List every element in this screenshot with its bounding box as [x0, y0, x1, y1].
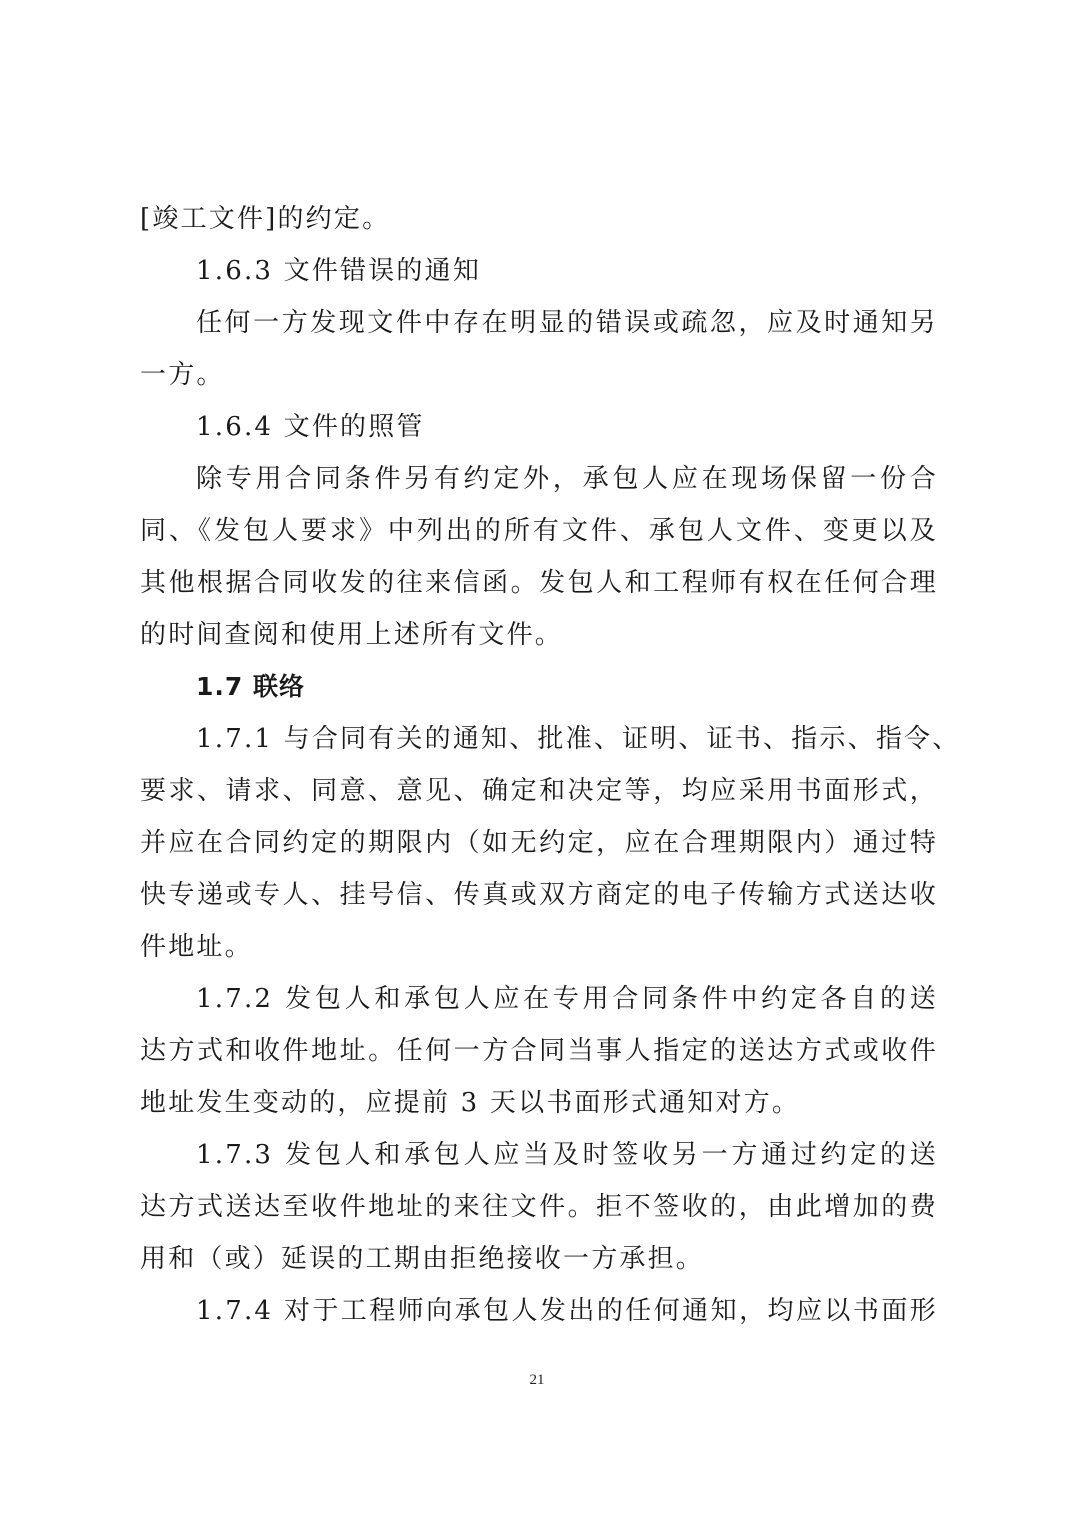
subsection-title-1-6-3: 1.6.3 文件错误的通知 — [140, 245, 938, 297]
paragraph-line: 达方式和收件地址。任何一方合同当事人指定的送达方式或收件 — [140, 1025, 938, 1077]
paragraph-line: 同、《发包人要求》中列出的所有文件、承包人文件、变更以及 — [140, 505, 938, 557]
paragraph-line: 件地址。 — [140, 921, 938, 973]
text-line-continuation: [竣工文件]的约定。 — [140, 193, 938, 245]
paragraph-line: 并应在合同约定的期限内（如无约定，应在合理期限内）通过特 — [140, 817, 938, 869]
page-number: 21 — [0, 1372, 1074, 1389]
paragraph-line: 的时间查阅和使用上述所有文件。 — [140, 609, 938, 661]
paragraph-line: 快专递或专人、挂号信、传真或双方商定的电子传输方式送达收 — [140, 869, 938, 921]
paragraph-line: 要求、请求、同意、意见、确定和决定等，均应采用书面形式， — [140, 765, 938, 817]
subsection-title-1-6-4: 1.6.4 文件的照管 — [140, 401, 938, 453]
paragraph-line: 一方。 — [140, 349, 938, 401]
paragraph-line: 1.7.2 发包人和承包人应在专用合同条件中约定各自的送 — [140, 973, 938, 1025]
paragraph-line: 1.7.3 发包人和承包人应当及时签收另一方通过约定的送 — [140, 1129, 938, 1181]
document-page: [竣工文件]的约定。 1.6.3 文件错误的通知 任何一方发现文件中存在明显的错… — [140, 193, 938, 1337]
paragraph-line: 用和（或）延误的工期由拒绝接收一方承担。 — [140, 1233, 938, 1285]
paragraph-line: 1.7.4 对于工程师向承包人发出的任何通知，均应以书面形 — [140, 1285, 938, 1337]
paragraph-line: 地址发生变动的，应提前 3 天以书面形式通知对方。 — [140, 1077, 938, 1129]
paragraph-line: 其他根据合同收发的往来信函。发包人和工程师有权在任何合理 — [140, 557, 938, 609]
paragraph-line: 任何一方发现文件中存在明显的错误或疏忽，应及时通知另 — [140, 297, 938, 349]
section-heading-1-7: 1.7 联络 — [140, 661, 938, 713]
paragraph-line: 1.7.1 与合同有关的通知、批准、证明、证书、指示、指令、 — [140, 713, 938, 765]
paragraph-line: 达方式送达至收件地址的来往文件。拒不签收的，由此增加的费 — [140, 1181, 938, 1233]
paragraph-line: 除专用合同条件另有约定外，承包人应在现场保留一份合 — [140, 453, 938, 505]
